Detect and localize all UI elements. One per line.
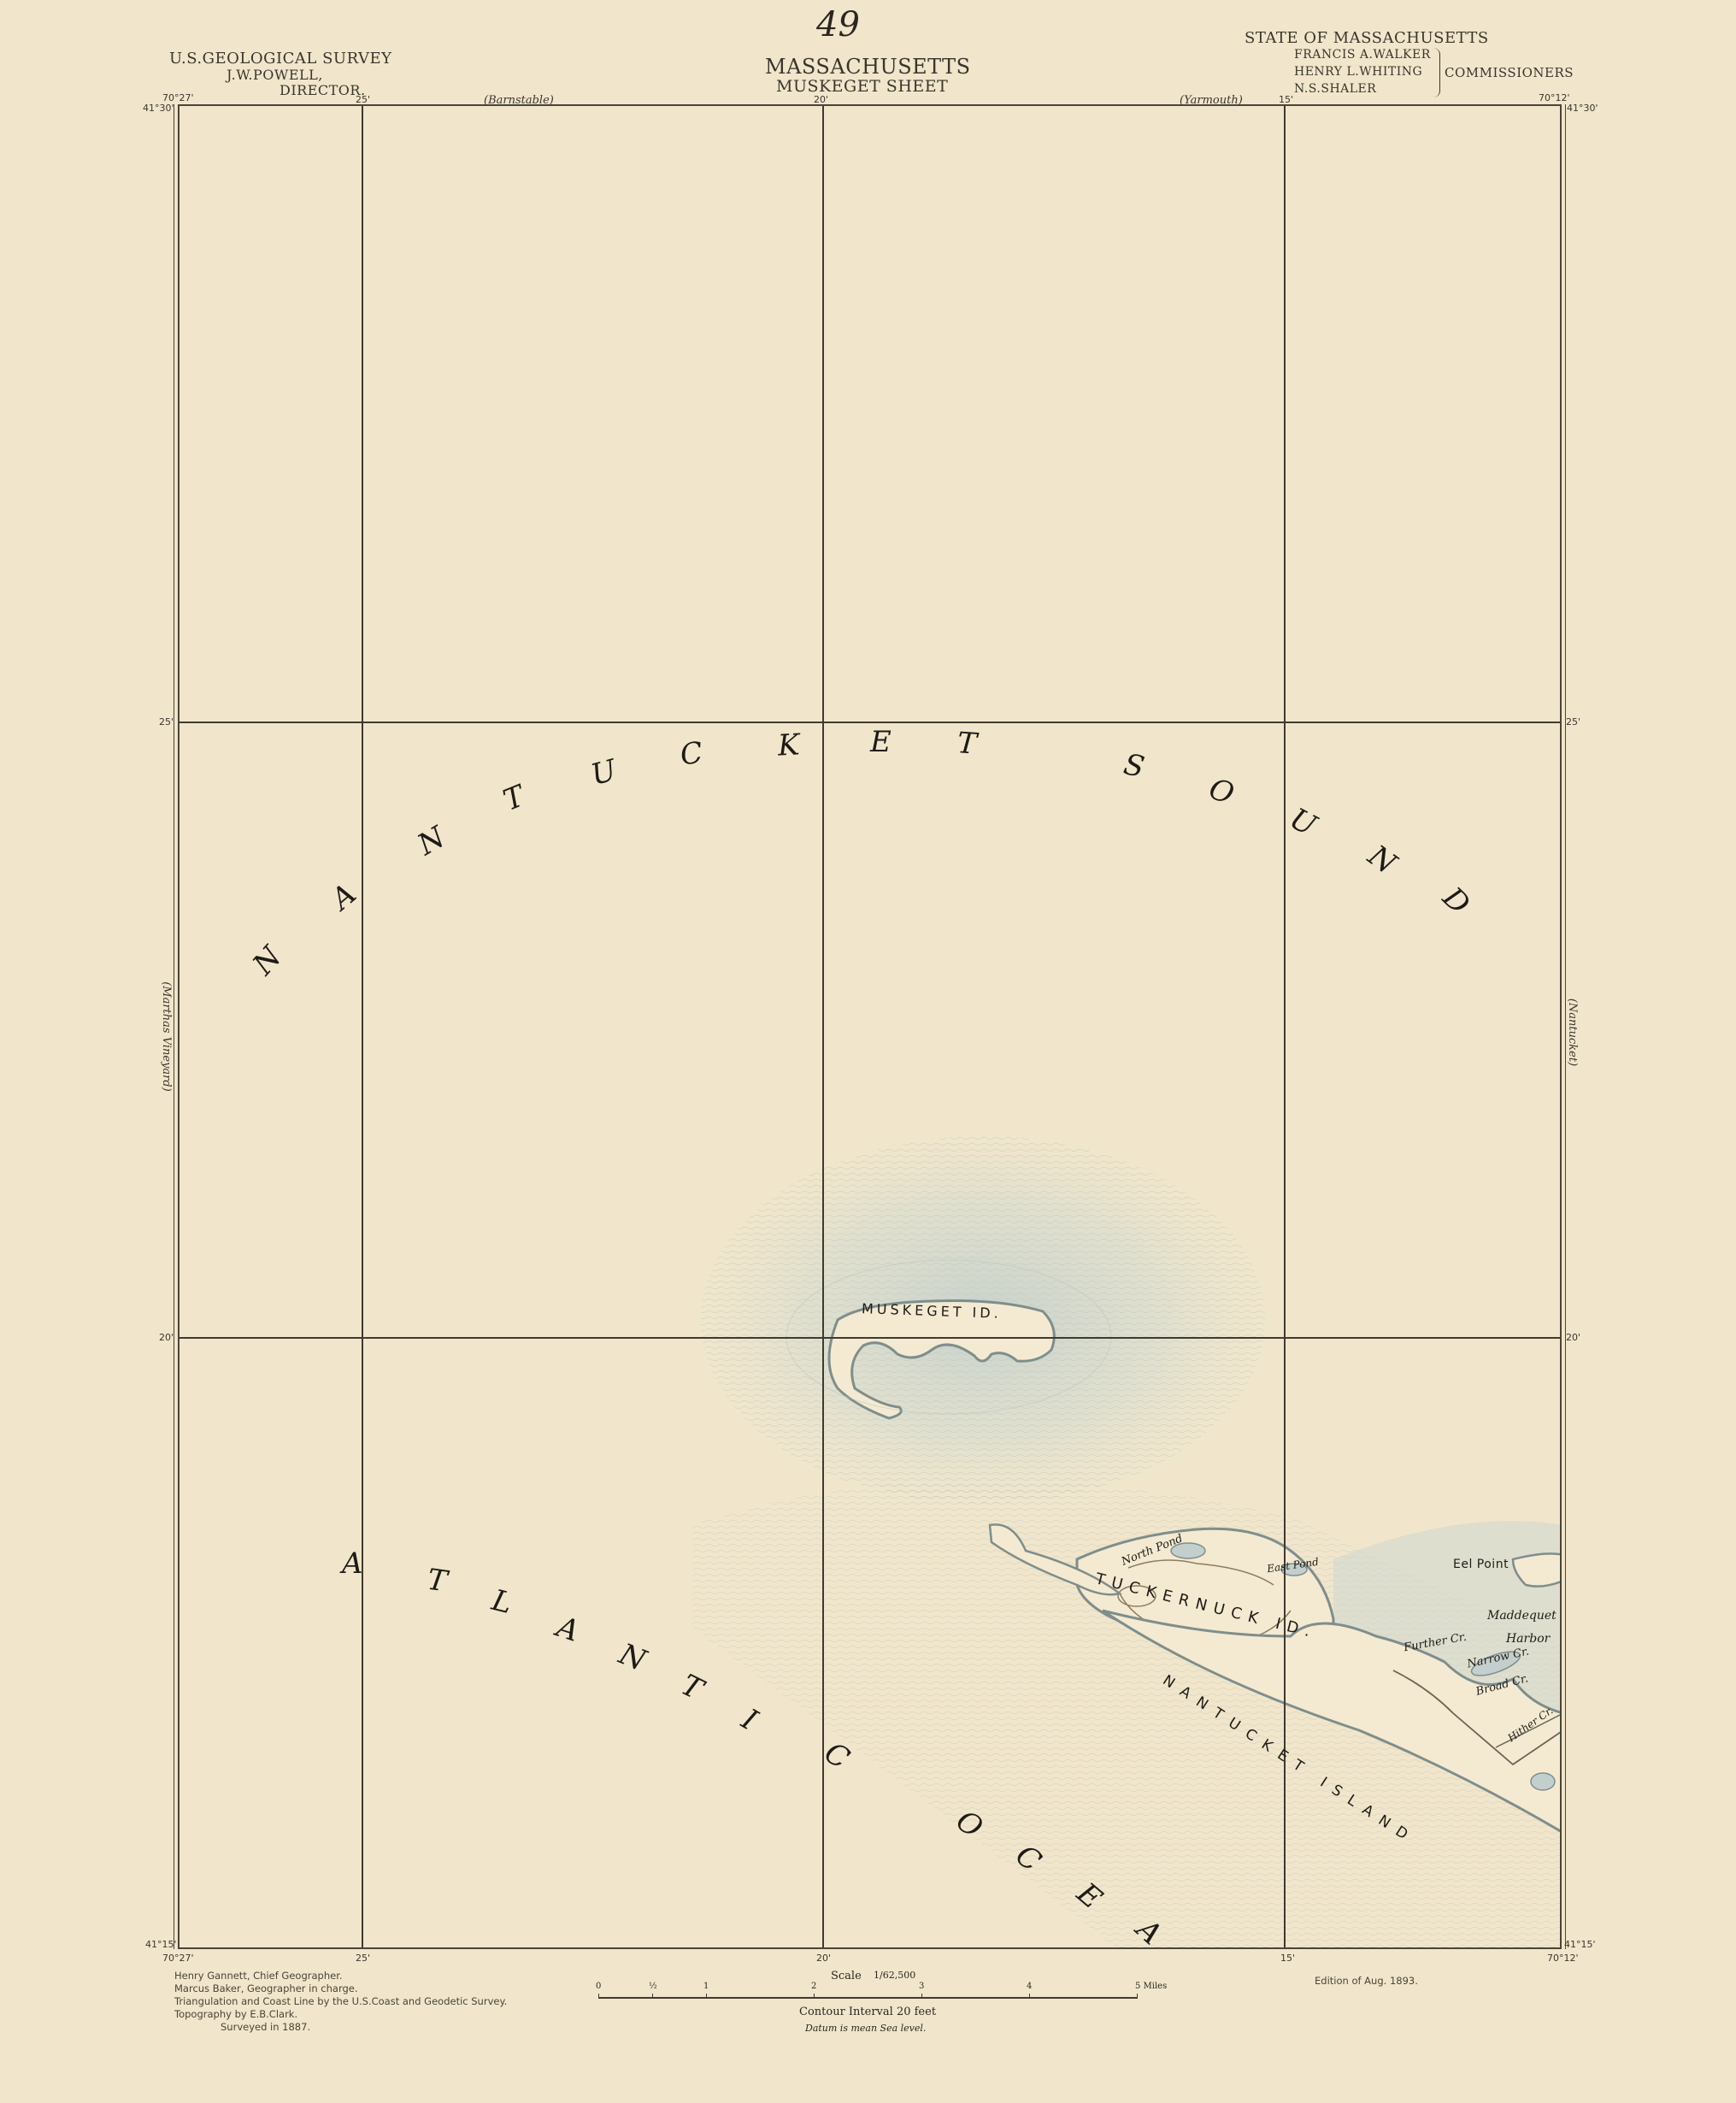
brace-icon (1433, 48, 1440, 97)
lat-tick-20-right: 20' (1566, 1332, 1580, 1343)
contour-interval: Contour Interval 20 feet (799, 2006, 936, 2018)
director-title: DIRECTOR. (280, 82, 366, 98)
lon-tick-20-bottom: 20' (816, 1953, 831, 1964)
map-state-title: MASSACHUSETTS (765, 55, 971, 79)
coord-top-right-lon: 70°12' (1539, 92, 1570, 103)
scale-tick (1137, 1994, 1138, 1999)
water-label-letter: K (777, 728, 800, 763)
coord-bottom-right-lat: 41°15' (1564, 1939, 1596, 1950)
credit-line: Henry Gannett, Chief Geographer. (174, 1970, 343, 1982)
scale-tick (652, 1994, 653, 1999)
credit-line: Marcus Baker, Geographer in charge. (174, 1982, 358, 1994)
datum-note: Datum is mean Sea level. (805, 2023, 926, 2034)
lat-tick-20-left: 20' (159, 1332, 174, 1343)
coord-bottom-left-lon: 70°27' (162, 1953, 194, 1964)
coord-bottom-right-lon: 70°12' (1547, 1953, 1579, 1964)
bathymetry-and-islands (179, 106, 1562, 1949)
adjacent-sheet-marthas-vineyard: (Marthas Vineyard) (160, 981, 173, 1092)
water-label-letter: A (342, 1546, 363, 1581)
scale-tick-label: 3 (919, 1982, 924, 1991)
scale-tick-label: ½ (649, 1982, 657, 1991)
agency-title: U.S.GEOLOGICAL SURVEY (169, 50, 392, 68)
lon-tick-15-bottom: 15' (1280, 1953, 1295, 1964)
handwritten-sheet-number: 49 (816, 5, 860, 44)
commissioners-label: COMMISSIONERS (1445, 65, 1574, 80)
lat-tick-25-left: 25' (159, 716, 174, 728)
scale-tick-label: 1 (703, 1982, 709, 1991)
label-eel-point: Eel Point (1453, 1558, 1509, 1571)
scale-fraction: 1/62,500 (874, 1970, 915, 1981)
scale-tick (814, 1994, 815, 1999)
lat-tick-25-right: 25' (1566, 716, 1580, 728)
lon-tick-25-bottom: 25' (356, 1953, 370, 1964)
graticule-line-lat-20 (179, 1337, 1560, 1339)
commissioner-name: FRANCIS A.WALKER (1294, 48, 1431, 62)
frame-line (174, 104, 174, 1949)
commissioner-name: HENRY L.WHITING (1294, 65, 1422, 79)
frame-line (1565, 104, 1566, 1949)
scale-tick (1029, 1994, 1030, 1999)
edition-date: Edition of Aug. 1893. (1315, 1975, 1418, 1987)
credit-line: Triangulation and Coast Line by the U.S.… (174, 1995, 507, 2007)
graticule-line-20 (822, 106, 824, 1947)
coord-top-left-lat: 41°30' (143, 103, 174, 114)
scale-tick (598, 1994, 599, 1999)
scale-tick (921, 1994, 922, 1999)
scale-tick-label: 0 (596, 1982, 601, 1991)
scale-bar (598, 1997, 1137, 1999)
scale-tick (706, 1994, 707, 1999)
adjacent-sheet-nantucket: (Nantucket) (1566, 998, 1579, 1066)
coord-top-right-lat: 41°30' (1567, 103, 1598, 114)
commissioner-name: N.S.SHALER (1294, 82, 1376, 96)
map-area[interactable]: N A N T U C K E T S O U N D A T L A N T … (178, 104, 1562, 1949)
graticule-line-lat-25 (179, 722, 1560, 723)
scale-tick-label: 5 Miles (1135, 1982, 1167, 1991)
graticule-line-15 (1284, 106, 1286, 1947)
water-label-letter: T (956, 726, 978, 761)
director-name: J.W.POWELL, (227, 67, 323, 83)
graticule-line-25 (362, 106, 363, 1947)
water-label-letter: E (870, 725, 892, 759)
coord-bottom-left-lat: 41°15' (145, 1939, 177, 1950)
state-commission-title: STATE OF MASSACHUSETTS (1245, 29, 1489, 47)
label-harbor: Harbor (1506, 1632, 1550, 1646)
scale-tick-label: 4 (1027, 1982, 1032, 1991)
label-maddequet: Maddequet (1487, 1609, 1557, 1623)
water-label-letter: C (678, 735, 704, 772)
scale-label: Scale (831, 1970, 862, 1982)
credit-line: Surveyed in 1887. (221, 2021, 310, 2033)
scale-tick-label: 2 (811, 1982, 816, 1991)
map-sheet-title: MUSKEGET SHEET (776, 77, 948, 96)
credit-line: Topography by E.B.Clark. (174, 2008, 297, 2020)
